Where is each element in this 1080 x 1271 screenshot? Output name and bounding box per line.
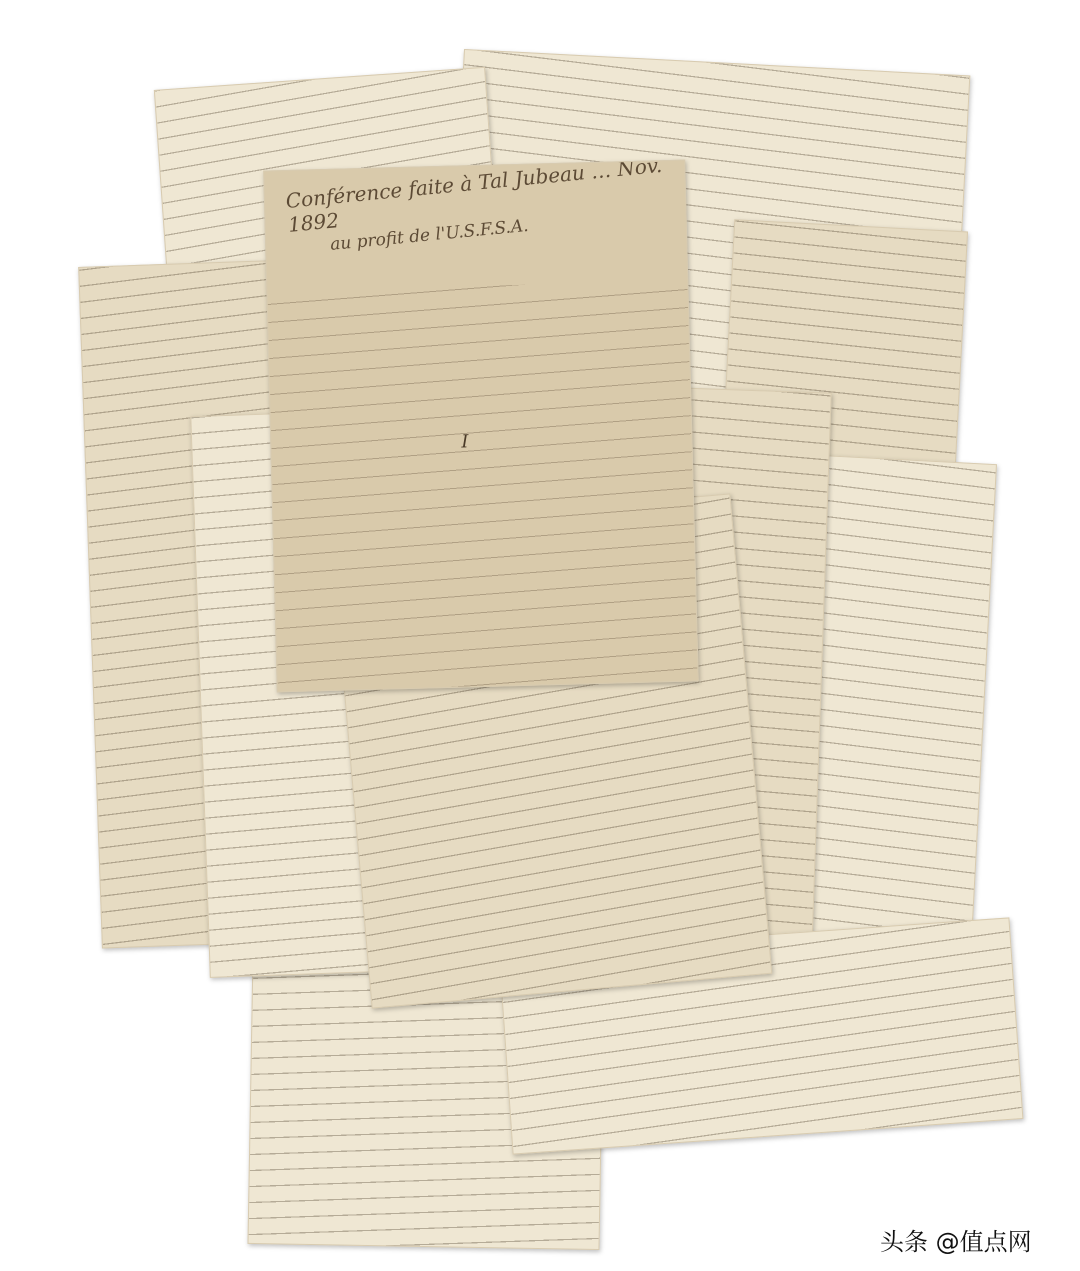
section-numeral: I xyxy=(461,431,469,452)
manuscript-title-page: Conférence faite à Tal Jubeau … Nov. 189… xyxy=(263,160,699,693)
watermark-text: 头条 @值点网 xyxy=(880,1222,1032,1257)
manuscript-subtitle: au profit de l'U.S.F.S.A. xyxy=(289,200,670,260)
watermark: 头条 @值点网 xyxy=(880,1222,1032,1257)
manuscript-title: Conférence faite à Tal Jubeau … Nov. 189… xyxy=(285,160,670,261)
